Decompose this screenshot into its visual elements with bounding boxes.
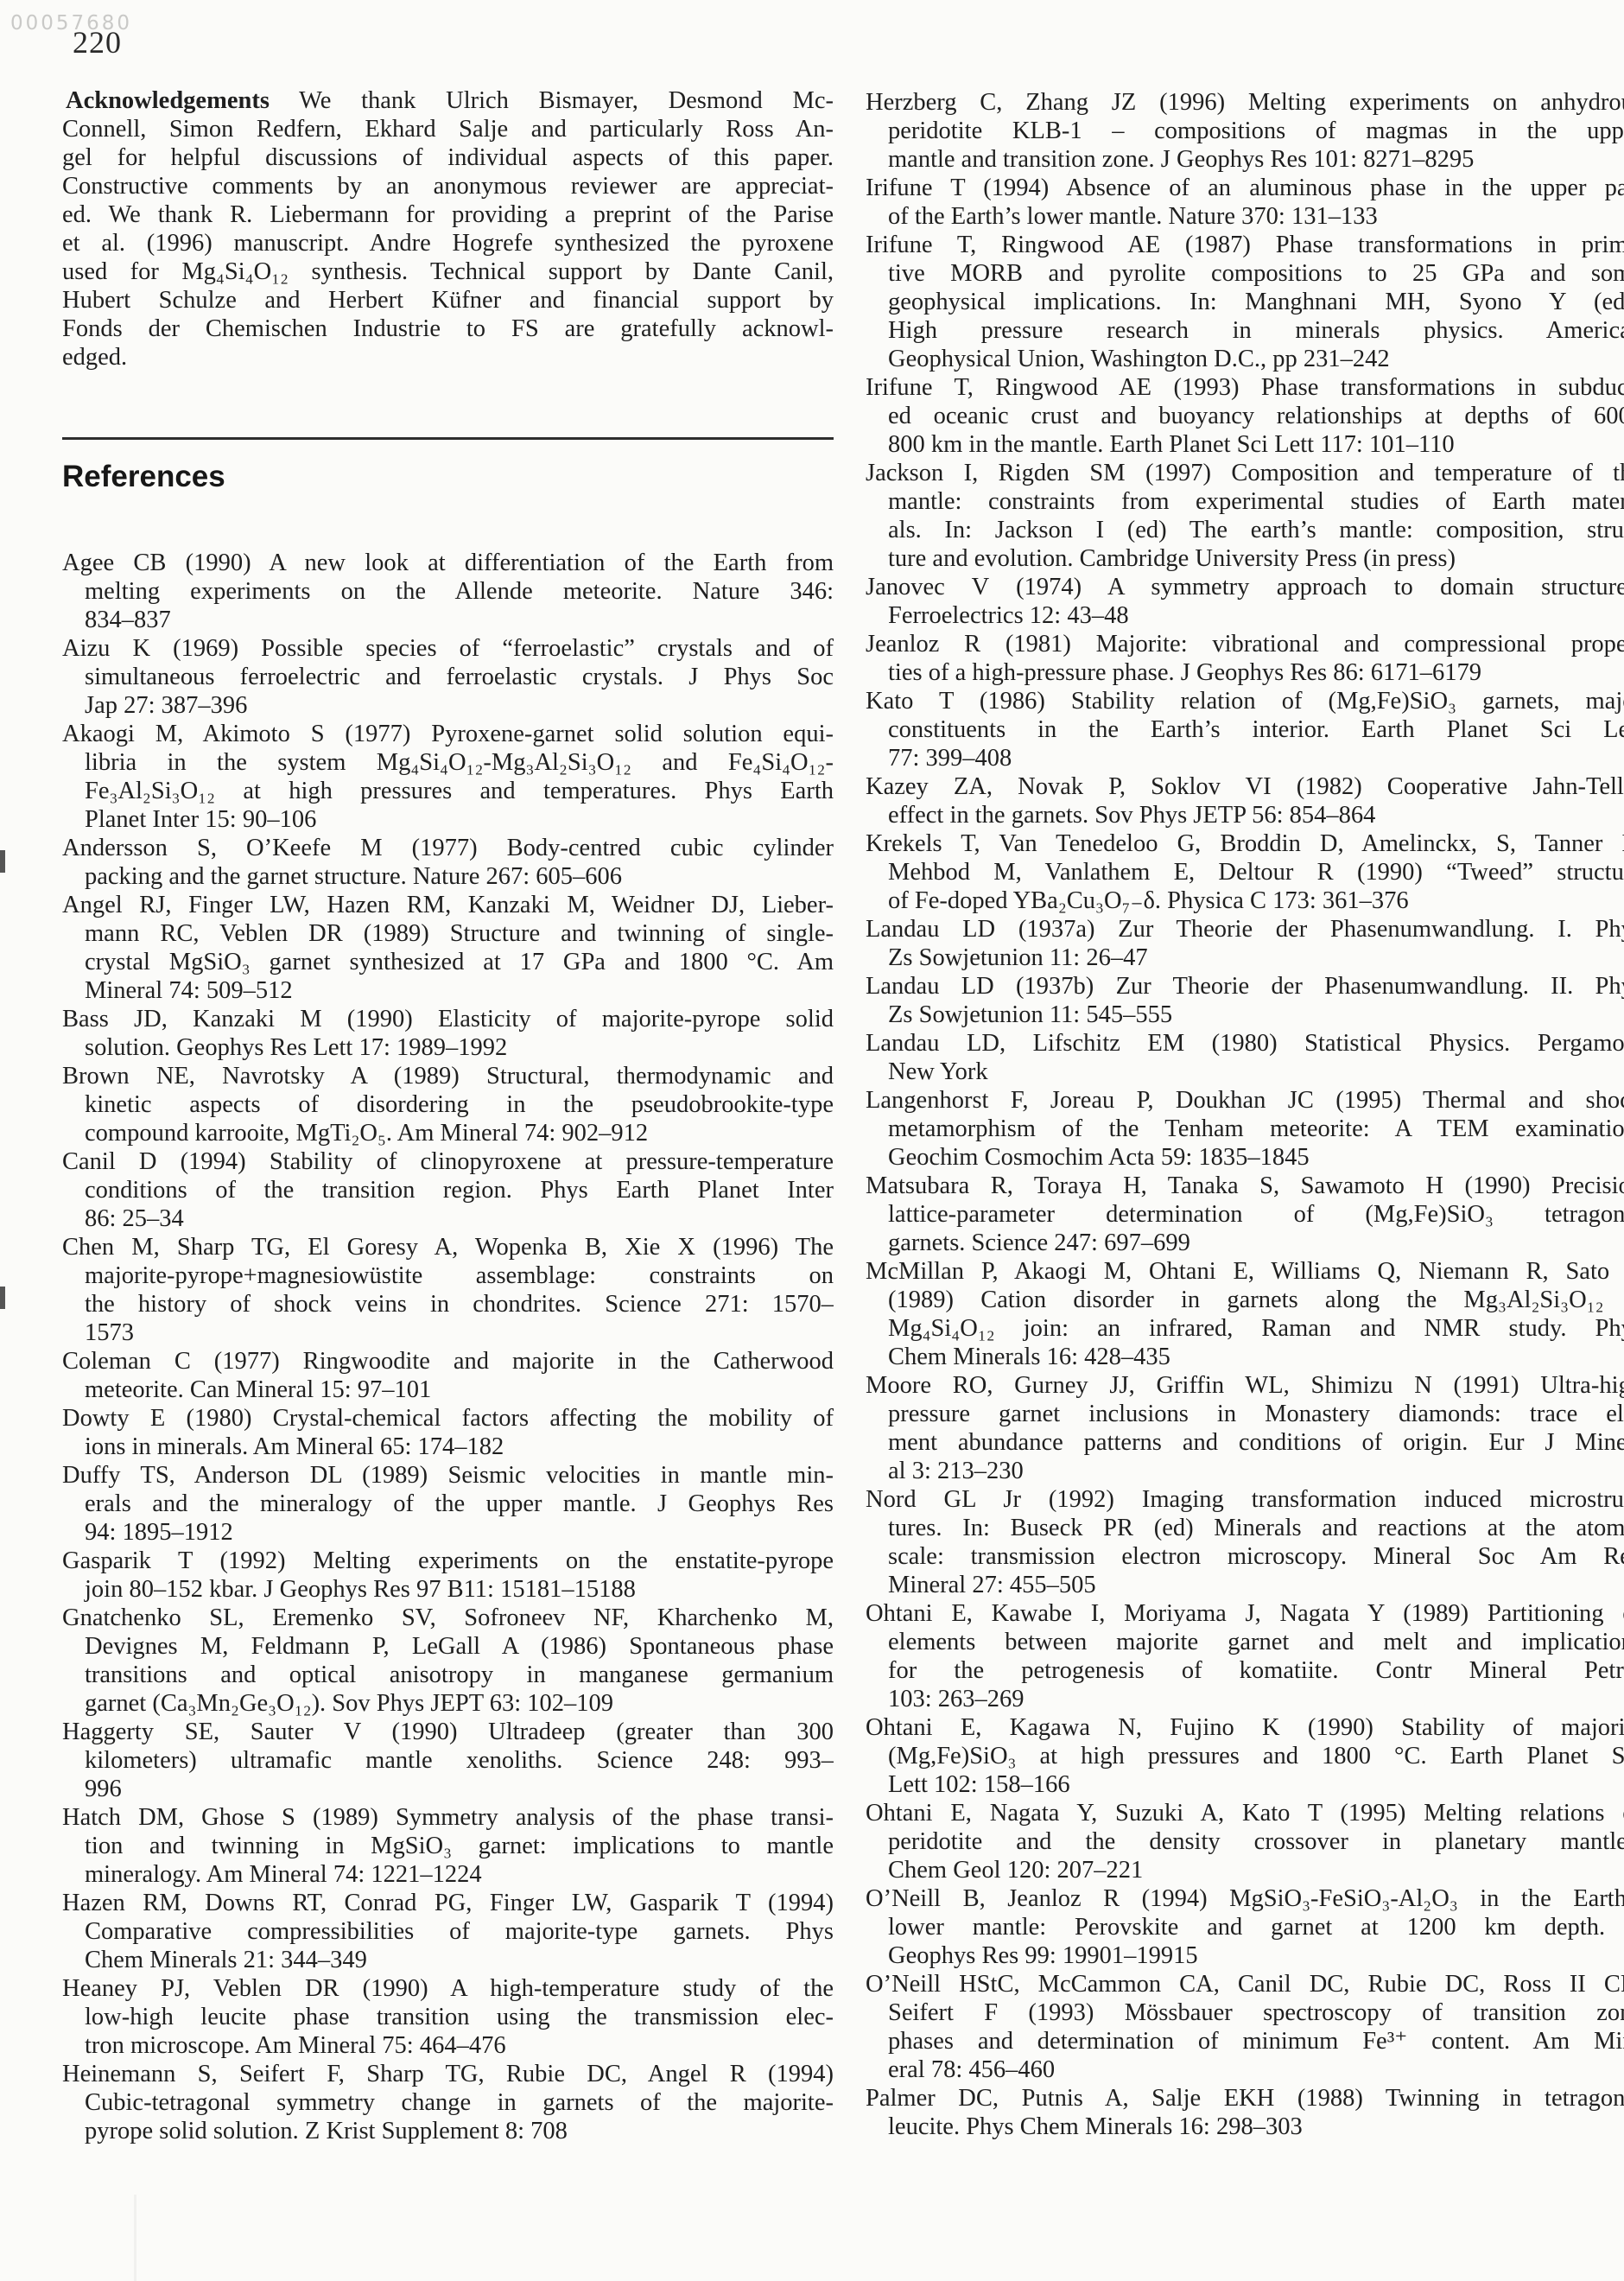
references-heading: References <box>62 461 834 493</box>
reference-line: Irifune T, Ringwood AE (1993) Phase tran… <box>866 373 1624 402</box>
reference-line: Canil D (1994) Stability of clinopyroxen… <box>62 1147 834 1176</box>
reference-line: leucite. Phys Chem Minerals 16: 298–303 <box>866 2113 1624 2141</box>
reference-line: ed oceanic crust and buoyancy relationsh… <box>866 402 1624 430</box>
reference-line: Kato T (1986) Stability relation of (Mg,… <box>866 687 1624 715</box>
reference-line: the history of shock veins in chondrites… <box>62 1290 834 1318</box>
reference-entry: Landau LD, Lifschitz EM (1980) Statistic… <box>866 1029 1624 1086</box>
reference-line: crystal MgSiO₃ garnet synthesized at 17 … <box>62 948 834 976</box>
reference-line: mineralogy. Am Mineral 74: 1221–1224 <box>62 1860 834 1889</box>
reference-line: (Mg,Fe)SiO₃ at high pressures and 1800 °… <box>866 1742 1624 1770</box>
reference-line: solution. Geophys Res Lett 17: 1989–1992 <box>62 1033 834 1062</box>
reference-line: kinetic aspects of disordering in the ps… <box>62 1090 834 1119</box>
reference-entry: Andersson S, O’Keefe M (1977) Body-centr… <box>62 834 834 891</box>
reference-line: pressure garnet inclusions in Monastery … <box>866 1400 1624 1428</box>
reference-entry: Irifune T, Ringwood AE (1987) Phase tran… <box>866 231 1624 373</box>
right-column: Herzberg C, Zhang JZ (1996) Melting expe… <box>866 88 1624 2141</box>
reference-line: Landau LD (1937a) Zur Theorie der Phasen… <box>866 915 1624 944</box>
reference-entry: Haggerty SE, Sauter V (1990) Ultradeep (… <box>62 1718 834 1803</box>
reference-entry: Bass JD, Kanzaki M (1990) Elasticity of … <box>62 1005 834 1062</box>
reference-line: 86: 25–34 <box>62 1204 834 1233</box>
reference-line: mantle: constraints from experimental st… <box>866 487 1624 516</box>
reference-line: Mg₄Si₄O₁₂ join: an infrared, Raman and N… <box>866 1314 1624 1343</box>
reference-line: eral 78: 456–460 <box>866 2055 1624 2084</box>
reference-entry: Chen M, Sharp TG, El Goresy A, Wopenka B… <box>62 1233 834 1347</box>
acknowledgements-line: Hubert Schulze and Herbert Küfner and fi… <box>62 286 834 315</box>
reference-entry: Canil D (1994) Stability of clinopyroxen… <box>62 1147 834 1233</box>
reference-line: Lett 102: 158–166 <box>866 1770 1624 1799</box>
reference-line: tive MORB and pyrolite compositions to 2… <box>866 259 1624 288</box>
reference-line: Hatch DM, Ghose S (1989) Symmetry analys… <box>62 1803 834 1832</box>
reference-line: mantle and transition zone. J Geophys Re… <box>866 145 1624 174</box>
reference-line: Chen M, Sharp TG, El Goresy A, Wopenka B… <box>62 1233 834 1261</box>
reference-line: lattice-parameter determination of (Mg,F… <box>866 1200 1624 1229</box>
reference-line: Chem Minerals 21: 344–349 <box>62 1946 834 1974</box>
reference-line: Coleman C (1977) Ringwoodite and majorit… <box>62 1347 834 1376</box>
reference-entry: Gnatchenko SL, Eremenko SV, Sofroneev NF… <box>62 1604 834 1718</box>
reference-line: lower mantle: Perovskite and garnet at 1… <box>866 1913 1624 1941</box>
reference-line: Palmer DC, Putnis A, Salje EKH (1988) Tw… <box>866 2084 1624 2113</box>
acknowledgements-paragraph: Acknowledgements We thank Ulrich Bismaye… <box>62 86 834 372</box>
reference-line: 103: 263–269 <box>866 1685 1624 1713</box>
reference-line: Haggerty SE, Sauter V (1990) Ultradeep (… <box>62 1718 834 1746</box>
reference-line: McMillan P, Akaogi M, Ohtani E, Williams… <box>866 1257 1624 1286</box>
reference-line: Brown NE, Navrotsky A (1989) Structural,… <box>62 1062 834 1090</box>
reference-line: Gasparik T (1992) Melting experiments on… <box>62 1547 834 1575</box>
reference-entry: Jackson I, Rigden SM (1997) Composition … <box>866 459 1624 573</box>
reference-line: Ohtani E, Kagawa N, Fujino K (1990) Stab… <box>866 1713 1624 1742</box>
reference-line: compound karrooite, MgTi₂O₅. Am Mineral … <box>62 1119 834 1147</box>
reference-line: O’Neill B, Jeanloz R (1994) MgSiO₃-FeSiO… <box>866 1884 1624 1913</box>
reference-line: Landau LD, Lifschitz EM (1980) Statistic… <box>866 1029 1624 1058</box>
reference-line: Gnatchenko SL, Eremenko SV, Sofroneev NF… <box>62 1604 834 1632</box>
reference-line: Agee CB (1990) A new look at differentia… <box>62 549 834 577</box>
reference-line: als. In: Jackson I (ed) The earth’s mant… <box>866 516 1624 544</box>
reference-line: elements between majorite garnet and mel… <box>866 1628 1624 1656</box>
reference-line: 800 km in the mantle. Earth Planet Sci L… <box>866 430 1624 459</box>
reference-line: Chem Geol 120: 207–221 <box>866 1856 1624 1884</box>
reference-entry: Palmer DC, Putnis A, Salje EKH (1988) Tw… <box>866 2084 1624 2141</box>
reference-line: Irifune T, Ringwood AE (1987) Phase tran… <box>866 231 1624 259</box>
reference-line: constituents in the Earth’s interior. Ea… <box>866 715 1624 744</box>
reference-line: Jap 27: 387–396 <box>62 691 834 720</box>
reference-entry: Dowty E (1980) Crystal-chemical factors … <box>62 1404 834 1461</box>
reference-line: metamorphism of the Tenham meteorite: A … <box>866 1115 1624 1143</box>
reference-line: for the petrogenesis of komatiite. Contr… <box>866 1656 1624 1685</box>
acknowledgements-line: edged. <box>62 343 834 372</box>
reference-line: 1573 <box>62 1318 834 1347</box>
reference-entry: Matsubara R, Toraya H, Tanaka S, Sawamot… <box>866 1172 1624 1257</box>
reference-line: tron microscope. Am Mineral 75: 464–476 <box>62 2031 834 2060</box>
acknowledgements-line: Connell, Simon Redfern, Ekhard Salje and… <box>62 115 834 143</box>
reference-line: garnet (Ca₃Mn₂Ge₃O₁₂). Sov Phys JEPT 63:… <box>62 1689 834 1718</box>
reference-line: peridotite and the density crossover in … <box>866 1827 1624 1856</box>
reference-line: Langenhorst F, Joreau P, Doukhan JC (199… <box>866 1086 1624 1115</box>
reference-line: O’Neill HStC, McCammon CA, Canil DC, Rub… <box>866 1970 1624 1998</box>
reference-line: join 80–152 kbar. J Geophys Res 97 B11: … <box>62 1575 834 1604</box>
reference-line: ment abundance patterns and conditions o… <box>866 1428 1624 1457</box>
reference-line: Janovec V (1974) A symmetry approach to … <box>866 573 1624 601</box>
acknowledgements-line: used for Mg₄Si₄O₁₂ synthesis. Technical … <box>62 257 834 286</box>
reference-entry: Aizu K (1969) Possible species of “ferro… <box>62 634 834 720</box>
reference-line: Geophys Res 99: 19901–19915 <box>866 1941 1624 1970</box>
reference-entry: Herzberg C, Zhang JZ (1996) Melting expe… <box>866 88 1624 174</box>
reference-line: pyrope solid solution. Z Krist Supplemen… <box>62 2117 834 2145</box>
reference-line: Mineral 74: 509–512 <box>62 976 834 1005</box>
acknowledgements-line: Acknowledgements We thank Ulrich Bismaye… <box>62 86 834 115</box>
reference-line: of Fe-doped YBa₂Cu₃O₇₋δ. Physica C 173: … <box>866 886 1624 915</box>
scan-artifact <box>0 850 5 873</box>
reference-line: Geochim Cosmochim Acta 59: 1835–1845 <box>866 1143 1624 1172</box>
reference-line: scale: transmission electron microscopy.… <box>866 1542 1624 1571</box>
reference-line: conditions of the transition region. Phy… <box>62 1176 834 1204</box>
reference-line: peridotite KLB-1 – compositions of magma… <box>866 117 1624 145</box>
reference-line: New York <box>866 1058 1624 1086</box>
reference-line: of the Earth’s lower mantle. Nature 370:… <box>866 202 1624 231</box>
acknowledgements-line: Fonds der Chemischen Industrie to FS are… <box>62 315 834 343</box>
references-list-left: Agee CB (1990) A new look at differentia… <box>62 549 834 2145</box>
reference-line: libria in the system Mg₄Si₄O₁₂-Mg₃Al₂Si₃… <box>62 748 834 777</box>
reference-line: garnets. Science 247: 697–699 <box>866 1229 1624 1257</box>
reference-line: Fe₃Al₂Si₃O₁₂ at high pressures and tempe… <box>62 777 834 805</box>
reference-line: High pressure research in minerals physi… <box>866 316 1624 345</box>
reference-line: ties of a high-pressure phase. J Geophys… <box>866 658 1624 687</box>
reference-line: Landau LD (1937b) Zur Theorie der Phasen… <box>866 972 1624 1001</box>
reference-line: Zs Sowjetunion 11: 26–47 <box>866 944 1624 972</box>
reference-entry: Hatch DM, Ghose S (1989) Symmetry analys… <box>62 1803 834 1889</box>
reference-line: Devignes M, Feldmann P, LeGall A (1986) … <box>62 1632 834 1661</box>
reference-entry: Langenhorst F, Joreau P, Doukhan JC (199… <box>866 1086 1624 1172</box>
reference-entry: Brown NE, Navrotsky A (1989) Structural,… <box>62 1062 834 1147</box>
reference-entry: Agee CB (1990) A new look at differentia… <box>62 549 834 634</box>
reference-entry: Landau LD (1937a) Zur Theorie der Phasen… <box>866 915 1624 972</box>
reference-line: Mineral 27: 455–505 <box>866 1571 1624 1599</box>
scan-artifact <box>0 1287 5 1309</box>
reference-line: 996 <box>62 1775 834 1803</box>
reference-line: Chem Minerals 16: 428–435 <box>866 1343 1624 1371</box>
reference-line: Planet Inter 15: 90–106 <box>62 805 834 834</box>
journal-page: 00057680 220 Acknowledgements We thank U… <box>0 0 1624 2281</box>
reference-line: Hazen RM, Downs RT, Conrad PG, Finger LW… <box>62 1889 834 1917</box>
reference-line: (1989) Cation disorder in garnets along … <box>866 1286 1624 1314</box>
reference-line: packing and the garnet structure. Nature… <box>62 862 834 891</box>
reference-entry: Landau LD (1937b) Zur Theorie der Phasen… <box>866 972 1624 1029</box>
reference-entry: Jeanloz R (1981) Majorite: vibrational a… <box>866 630 1624 687</box>
reference-line: melting experiments on the Allende meteo… <box>62 577 834 606</box>
reference-line: Andersson S, O’Keefe M (1977) Body-centr… <box>62 834 834 862</box>
reference-line: Duffy TS, Anderson DL (1989) Seismic vel… <box>62 1461 834 1490</box>
reference-entry: Angel RJ, Finger LW, Hazen RM, Kanzaki M… <box>62 891 834 1005</box>
reference-entry: Kato T (1986) Stability relation of (Mg,… <box>866 687 1624 772</box>
reference-line: Jackson I, Rigden SM (1997) Composition … <box>866 459 1624 487</box>
reference-line: ture and evolution. Cambridge University… <box>866 544 1624 573</box>
reference-line: Moore RO, Gurney JJ, Griffin WL, Shimizu… <box>866 1371 1624 1400</box>
reference-entry: Duffy TS, Anderson DL (1989) Seismic vel… <box>62 1461 834 1547</box>
reference-line: 77: 399–408 <box>866 744 1624 772</box>
reference-line: Ohtani E, Nagata Y, Suzuki A, Kato T (19… <box>866 1799 1624 1827</box>
reference-line: ions in minerals. Am Mineral 65: 174–182 <box>62 1433 834 1461</box>
reference-entry: Nord GL Jr (1992) Imaging transformation… <box>866 1485 1624 1599</box>
reference-line: Herzberg C, Zhang JZ (1996) Melting expe… <box>866 88 1624 117</box>
reference-line: 94: 1895–1912 <box>62 1518 834 1547</box>
reference-entry: Moore RO, Gurney JJ, Griffin WL, Shimizu… <box>866 1371 1624 1485</box>
reference-line: Jeanloz R (1981) Majorite: vibrational a… <box>866 630 1624 658</box>
acknowledgements-line: gel for helpful discussions of individua… <box>62 143 834 172</box>
page-number: 220 <box>73 24 122 60</box>
reference-entry: Coleman C (1977) Ringwoodite and majorit… <box>62 1347 834 1404</box>
reference-entry: Heinemann S, Seifert F, Sharp TG, Rubie … <box>62 2060 834 2145</box>
reference-line: Seifert F (1993) Mössbauer spectroscopy … <box>866 1998 1624 2027</box>
reference-entry: O’Neill B, Jeanloz R (1994) MgSiO₃-FeSiO… <box>866 1884 1624 1970</box>
reference-line: Matsubara R, Toraya H, Tanaka S, Sawamot… <box>866 1172 1624 1200</box>
reference-line: Angel RJ, Finger LW, Hazen RM, Kanzaki M… <box>62 891 834 919</box>
reference-entry: Irifune T, Ringwood AE (1993) Phase tran… <box>866 373 1624 459</box>
reference-line: meteorite. Can Mineral 15: 97–101 <box>62 1376 834 1404</box>
reference-line: tion and twinning in MgSiO₃ garnet: impl… <box>62 1832 834 1860</box>
reference-line: Heaney PJ, Veblen DR (1990) A high-tempe… <box>62 1974 834 2003</box>
reference-entry: Hazen RM, Downs RT, Conrad PG, Finger LW… <box>62 1889 834 1974</box>
reference-line: Ohtani E, Kawabe I, Moriyama J, Nagata Y… <box>866 1599 1624 1628</box>
reference-entry: Gasparik T (1992) Melting experiments on… <box>62 1547 834 1604</box>
reference-line: erals and the mineralogy of the upper ma… <box>62 1490 834 1518</box>
left-column: Acknowledgements We thank Ulrich Bismaye… <box>62 86 834 2145</box>
reference-line: al 3: 213–230 <box>866 1457 1624 1485</box>
acknowledgements-line: et al. (1996) manuscript. Andre Hogrefe … <box>62 229 834 257</box>
reference-line: Zs Sowjetunion 11: 545–555 <box>866 1001 1624 1029</box>
reference-line: Irifune T (1994) Absence of an aluminous… <box>866 174 1624 202</box>
reference-line: simultaneous ferroelectric and ferroelas… <box>62 663 834 691</box>
reference-line: Cubic-tetragonal symmetry change in garn… <box>62 2088 834 2117</box>
reference-line: Ferroelectrics 12: 43–48 <box>866 601 1624 630</box>
reference-line: Kazey ZA, Novak P, Soklov VI (1982) Coop… <box>866 772 1624 801</box>
reference-entry: McMillan P, Akaogi M, Ohtani E, Williams… <box>866 1257 1624 1371</box>
reference-line: Aizu K (1969) Possible species of “ferro… <box>62 634 834 663</box>
reference-line: Bass JD, Kanzaki M (1990) Elasticity of … <box>62 1005 834 1033</box>
reference-line: kilometers) ultramafic mantle xenoliths.… <box>62 1746 834 1775</box>
reference-line: majorite-pyrope+magnesiowüstite assembla… <box>62 1261 834 1290</box>
reference-line: Geophysical Union, Washington D.C., pp 2… <box>866 345 1624 373</box>
reference-line: tures. In: Buseck PR (ed) Minerals and r… <box>866 1514 1624 1542</box>
reference-entry: Ohtani E, Nagata Y, Suzuki A, Kato T (19… <box>866 1799 1624 1884</box>
acknowledgements-line: Constructive comments by an anonymous re… <box>62 172 834 200</box>
references-list-right: Herzberg C, Zhang JZ (1996) Melting expe… <box>866 88 1624 2141</box>
reference-entry: Heaney PJ, Veblen DR (1990) A high-tempe… <box>62 1974 834 2060</box>
scan-crease <box>134 2195 136 2281</box>
reference-line: phases and determination of minimum Fe³⁺… <box>866 2027 1624 2055</box>
reference-line: Comparative compressibilities of majorit… <box>62 1917 834 1946</box>
reference-entry: Ohtani E, Kagawa N, Fujino K (1990) Stab… <box>866 1713 1624 1799</box>
reference-entry: Ohtani E, Kawabe I, Moriyama J, Nagata Y… <box>866 1599 1624 1713</box>
reference-line: mann RC, Veblen DR (1989) Structure and … <box>62 919 834 948</box>
reference-line: effect in the garnets. Sov Phys JETP 56:… <box>866 801 1624 829</box>
reference-line: transitions and optical anisotropy in ma… <box>62 1661 834 1689</box>
reference-entry: O’Neill HStC, McCammon CA, Canil DC, Rub… <box>866 1970 1624 2084</box>
reference-entry: Krekels T, Van Tenedeloo G, Broddin D, A… <box>866 829 1624 915</box>
reference-line: low-high leucite phase transition using … <box>62 2003 834 2031</box>
reference-line: Akaogi M, Akimoto S (1977) Pyroxene-garn… <box>62 720 834 748</box>
reference-entry: Janovec V (1974) A symmetry approach to … <box>866 573 1624 630</box>
reference-line: geophysical implications. In: Manghnani … <box>866 288 1624 316</box>
reference-entry: Akaogi M, Akimoto S (1977) Pyroxene-garn… <box>62 720 834 834</box>
acknowledgements-line: ed. We thank R. Liebermann for providing… <box>62 200 834 229</box>
acknowledgements-lead-word: Acknowledgements <box>66 87 270 114</box>
reference-line: Nord GL Jr (1992) Imaging transformation… <box>866 1485 1624 1514</box>
section-divider-rule <box>62 437 834 440</box>
reference-entry: Irifune T (1994) Absence of an aluminous… <box>866 174 1624 231</box>
reference-line: Krekels T, Van Tenedeloo G, Broddin D, A… <box>866 829 1624 858</box>
reference-line: Dowty E (1980) Crystal-chemical factors … <box>62 1404 834 1433</box>
reference-line: Mehbod M, Vanlathem E, Deltour R (1990) … <box>866 858 1624 886</box>
reference-line: 834–837 <box>62 606 834 634</box>
reference-entry: Kazey ZA, Novak P, Soklov VI (1982) Coop… <box>866 772 1624 829</box>
reference-line: Heinemann S, Seifert F, Sharp TG, Rubie … <box>62 2060 834 2088</box>
